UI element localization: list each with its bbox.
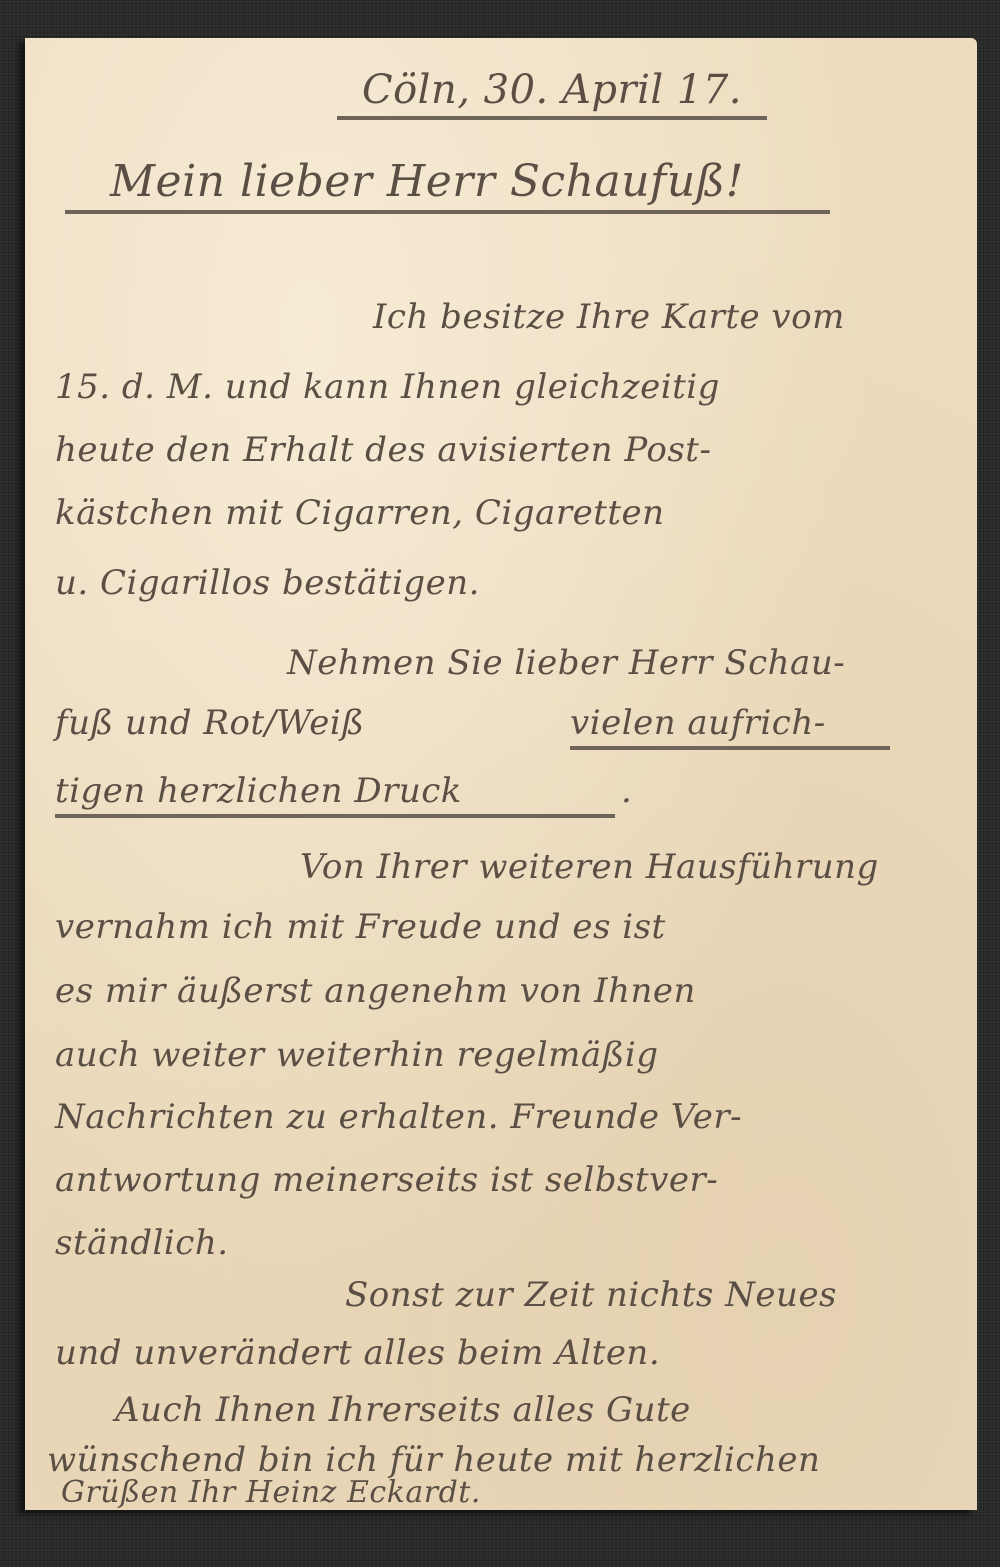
closing-line: Auch Ihnen Ihrerseits alles Gute <box>115 1393 691 1427</box>
text-line: heute den Erhalt des avisierten Post- <box>55 433 711 467</box>
closing-line: wünschend bin ich für heute mit herzlich… <box>47 1443 820 1477</box>
text-line: Nachrichten zu erhalten. Freunde Ver- <box>55 1100 742 1134</box>
text-line: Sonst zur Zeit nichts Neues <box>345 1278 837 1312</box>
text-line: . <box>621 774 632 808</box>
text-line: 15. d. M. und kann Ihnen gleichzeitig <box>55 370 720 404</box>
text-line: ständlich. <box>55 1226 229 1260</box>
text-line: und unverändert alles beim Alten. <box>55 1336 660 1370</box>
text-line: vernahm ich mit Freude und es ist <box>55 910 666 944</box>
text-line: u. Cigarillos bestätigen. <box>55 566 480 600</box>
text-line: es mir äußerst angenehm von Ihnen <box>55 974 696 1008</box>
date-line: Cöln, 30. April 17. <box>337 70 767 120</box>
text-line: fuß und Rot/Weiß <box>55 706 364 740</box>
text-line: Ich besitze Ihre Karte vom <box>373 300 845 334</box>
signature: Grüßen Ihr Heinz Eckardt. <box>61 1478 481 1508</box>
salutation: Mein lieber Herr Schaufuß! <box>65 160 830 214</box>
underlined-text: tigen herzlichen Druck <box>55 774 615 818</box>
text-line: kästchen mit Cigarren, Cigaretten <box>55 496 665 530</box>
text-line: antwortung meinerseits ist selbstver- <box>55 1163 718 1197</box>
text-line: Nehmen Sie lieber Herr Schau- <box>287 646 845 680</box>
postcard: Cöln, 30. April 17. Mein lieber Herr Sch… <box>25 38 977 1510</box>
underlined-text: vielen aufrich- <box>570 706 890 750</box>
text-line: Von Ihrer weiteren Hausführung <box>300 850 879 884</box>
text-line: auch weiter weiterhin regelmäßig <box>55 1038 658 1072</box>
